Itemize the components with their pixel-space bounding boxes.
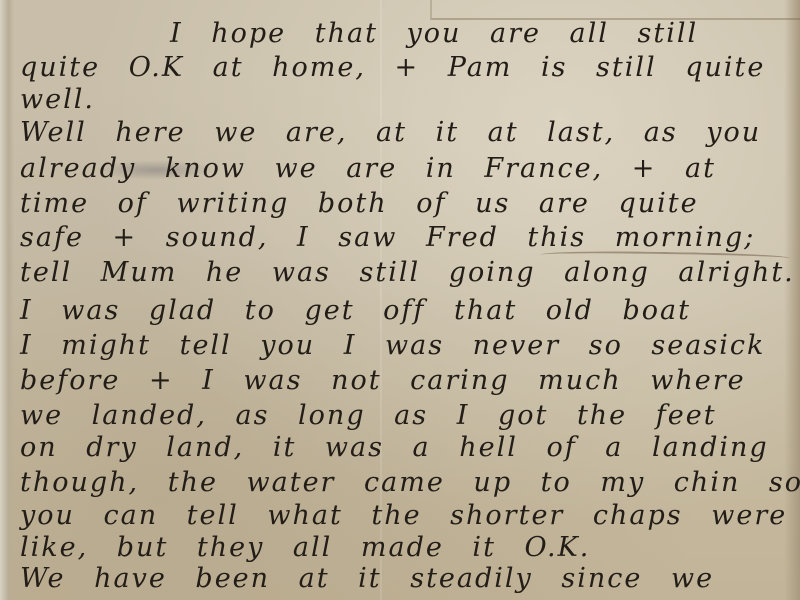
- letter-line: you can tell what the shorter chaps were: [20, 500, 787, 531]
- paper-left-edge: [0, 0, 14, 600]
- letter-line: already know we are in France, + at: [20, 153, 716, 184]
- letter-line: before + I was not caring much where: [20, 365, 746, 396]
- letter-line: I hope that you are all still: [170, 18, 698, 49]
- letter-line: though, the water came up to my chin so: [20, 467, 800, 498]
- letter-line: tell Mum he was still going along alrigh…: [20, 257, 795, 288]
- letter-line: I was glad to get off that old boat: [20, 295, 691, 326]
- letter-line: We have been at it steadily since we: [20, 563, 714, 594]
- letter-line: Well here we are, at it at last, as you: [20, 117, 761, 148]
- letter-line: on dry land, it was a hell of a landing: [20, 432, 769, 463]
- letter-line: I might tell you I was never so seasick: [20, 330, 765, 361]
- letter-line: time of writing both of us are quite: [20, 188, 699, 219]
- letter-line: like, but they all made it O.K.: [20, 532, 590, 563]
- letter-line: safe + sound, I saw Fred this morning;: [20, 222, 755, 253]
- letter-line: we landed, as long as I got the feet: [20, 400, 717, 431]
- letter-line: well.: [20, 84, 95, 115]
- letter-line: quite O.K at home, + Pam is still quite: [20, 52, 765, 83]
- torn-paper-edge: [430, 0, 800, 20]
